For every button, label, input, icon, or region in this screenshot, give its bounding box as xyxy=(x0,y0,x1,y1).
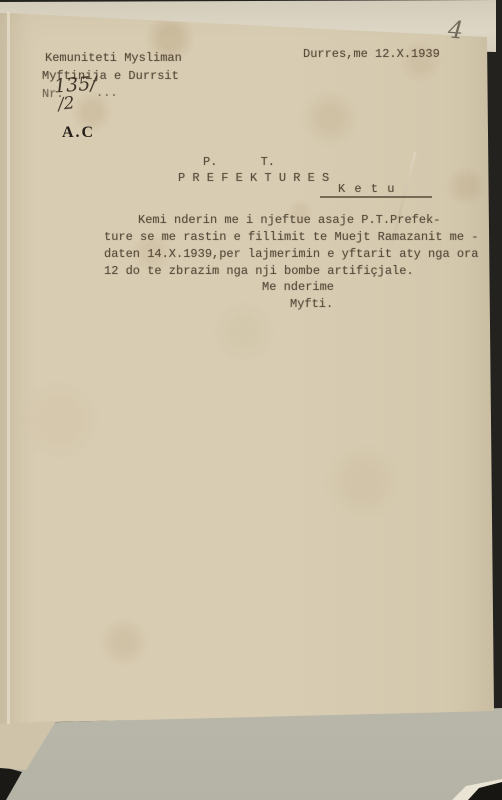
paper-edge-highlight xyxy=(7,12,10,724)
salutation-prefektures: P R E F E K T U R E S xyxy=(178,170,329,187)
letter-page xyxy=(0,0,502,800)
body-line: daten 14.X.1939,per lajmerimin e yftarit… xyxy=(104,246,478,263)
body-line: Kemi nderin me i njeftue asaje P.T.Prefe… xyxy=(138,212,440,229)
body-line: 12 do te zbrazim nga nji bombe artifiçja… xyxy=(104,263,414,280)
registry-initials: A.C xyxy=(62,124,95,142)
scanned-document-stage: Kemuniteti Mysliman Myftinija e Durrsit … xyxy=(0,0,502,800)
body-line: ture se me rastin e fillimit te Muejt Ra… xyxy=(104,229,478,246)
salutation-location-underline xyxy=(320,196,432,198)
protocol-number-denominator: /2 xyxy=(57,93,76,115)
dateline: Durres,me 12.X.1939 xyxy=(303,46,440,63)
salutation-pt: P. T. xyxy=(203,154,275,171)
page-number-handwritten: 4 xyxy=(447,16,464,45)
letterhead-organization: Kemuniteti Mysliman xyxy=(45,50,182,67)
closing-regards: Me nderime xyxy=(262,279,334,296)
closing-signature: Myfti. xyxy=(290,296,333,313)
protocol-number-dots: ... xyxy=(96,85,118,102)
